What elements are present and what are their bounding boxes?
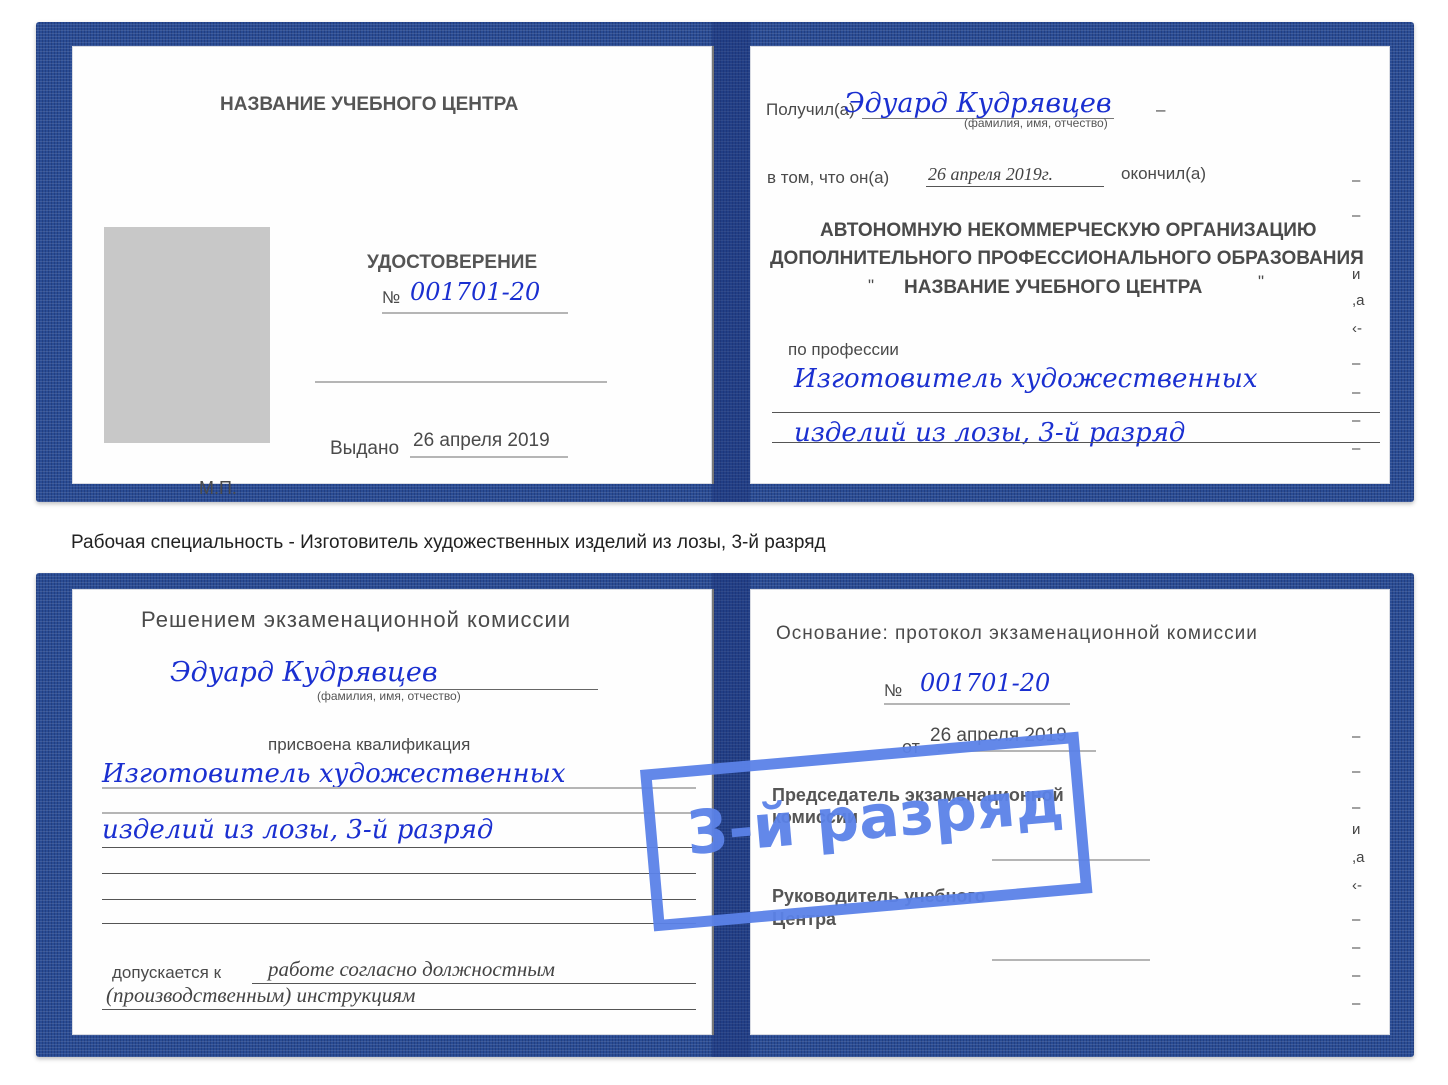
edge-mark: – <box>1352 728 1360 745</box>
dash: – <box>1156 100 1165 120</box>
qualification-line-1: Изготовитель художественных <box>102 759 566 789</box>
edge-mark: – <box>1352 939 1360 956</box>
profession-underline-1 <box>772 412 1380 413</box>
blank-line <box>102 923 696 924</box>
edge-mark: – <box>1352 799 1360 816</box>
edge-mark: – <box>1352 355 1360 372</box>
certificate-number: 001701-20 <box>410 278 540 306</box>
edge-mark: – <box>1352 172 1360 189</box>
profession-line-1: Изготовитель художественных <box>794 364 1258 394</box>
admitted-line-1: работе согласно должностным <box>268 957 555 982</box>
photo-placeholder <box>104 227 270 443</box>
edge-mark: и <box>1352 266 1360 283</box>
completed-label: окончил(а) <box>1121 164 1206 184</box>
profession-line-2: изделий из лозы, 3-й разряд <box>794 418 1185 448</box>
cover-spine <box>712 22 750 502</box>
edge-mark: – <box>1352 242 1360 259</box>
received-label: Получил(а) <box>766 100 855 120</box>
specialty-caption: Рабочая специальность - Изготовитель худ… <box>71 532 826 554</box>
decision-title: Решением экзаменационной комиссии <box>141 607 571 633</box>
protocol-number: 001701-20 <box>920 669 1050 697</box>
in-that-label: в том, что он(а) <box>767 168 889 188</box>
issued-date: 26 апреля 2019 <box>413 430 550 452</box>
edge-mark: – <box>1352 440 1360 457</box>
protocol-number-underline <box>884 703 1070 705</box>
edge-mark: и <box>1352 821 1360 838</box>
qualification-label: присвоена квалификация <box>268 735 470 755</box>
certificate-left-page: НАЗВАНИЕ УЧЕБНОГО ЦЕНТРА УДОСТОВЕРЕНИЕ №… <box>72 46 712 484</box>
certificate-right-page: Получил(а) Эдуард Кудрявцев (фамилия, им… <box>750 46 1390 484</box>
qualification-underline-2 <box>102 812 696 814</box>
issued-date-underline <box>410 456 568 458</box>
certificate-cover-top: НАЗВАНИЕ УЧЕБНОГО ЦЕНТРА УДОСТОВЕРЕНИЕ №… <box>36 22 1414 502</box>
profession-label: по профессии <box>788 340 899 360</box>
blank-line <box>102 873 696 874</box>
head-signature-line <box>992 959 1150 961</box>
edge-mark: – <box>1352 384 1360 401</box>
edge-mark: – <box>1352 412 1360 429</box>
edge-mark: – <box>1352 995 1360 1012</box>
organization-line-1: АВТОНОМНУЮ НЕКОММЕРЧЕСКУЮ ОРГАНИЗАЦИЮ <box>820 220 1317 242</box>
basis-title: Основание: протокол экзаменационной коми… <box>776 623 1258 645</box>
organization-line-2: ДОПОЛНИТЕЛЬНОГО ПРОФЕССИОНАЛЬНОГО ОБРАЗО… <box>770 248 1364 270</box>
qualification-underline-1 <box>102 787 696 789</box>
protocol-number-label: № <box>884 681 902 701</box>
number-label: № <box>382 288 400 308</box>
name-hint: (фамилия, имя, отчество) <box>964 116 1108 130</box>
organization-line-3: НАЗВАНИЕ УЧЕБНОГО ЦЕНТРА <box>904 277 1202 299</box>
quote-close: " <box>1258 272 1264 292</box>
training-center-name: НАЗВАНИЕ УЧЕБНОГО ЦЕНТРА <box>220 94 518 116</box>
stamp-text: 3-й разряд <box>684 766 1066 869</box>
number-underline <box>382 312 568 314</box>
qualification-line-2: изделий из лозы, 3-й разряд <box>102 815 493 845</box>
name-hint: (фамилия, имя, отчество) <box>317 689 461 703</box>
admitted-line-2: (производственным) инструкциям <box>106 983 415 1008</box>
profession-underline-2 <box>772 442 1380 443</box>
issued-label: Выдано <box>330 438 399 460</box>
edge-mark: ‹- <box>1352 877 1362 894</box>
recipient-name: Эдуард Кудрявцев <box>844 88 1112 119</box>
completion-date: 26 апреля 2019г. <box>928 164 1053 185</box>
edge-mark: – <box>1352 207 1360 224</box>
person-name: Эдуард Кудрявцев <box>170 657 438 688</box>
seal-label: М.П. <box>199 478 237 499</box>
edge-mark: – <box>1352 967 1360 984</box>
edge-mark: – <box>1352 911 1360 928</box>
edge-mark: ,а <box>1352 292 1365 309</box>
admitted-label: допускается к <box>112 963 221 983</box>
quote-open: " <box>868 276 874 296</box>
completion-date-underline <box>926 186 1104 187</box>
document-title: УДОСТОВЕРЕНИЕ <box>367 252 537 274</box>
blank-line <box>102 847 696 848</box>
blank-line <box>102 899 696 900</box>
qualification-left-page: Решением экзаменационной комиссии Эдуард… <box>72 589 712 1035</box>
admitted-underline-2 <box>102 1009 696 1010</box>
signature-line <box>315 381 607 383</box>
edge-mark: ‹- <box>1352 320 1362 337</box>
edge-mark: – <box>1352 763 1360 780</box>
edge-mark: ,а <box>1352 849 1365 866</box>
page-fold <box>712 46 714 484</box>
